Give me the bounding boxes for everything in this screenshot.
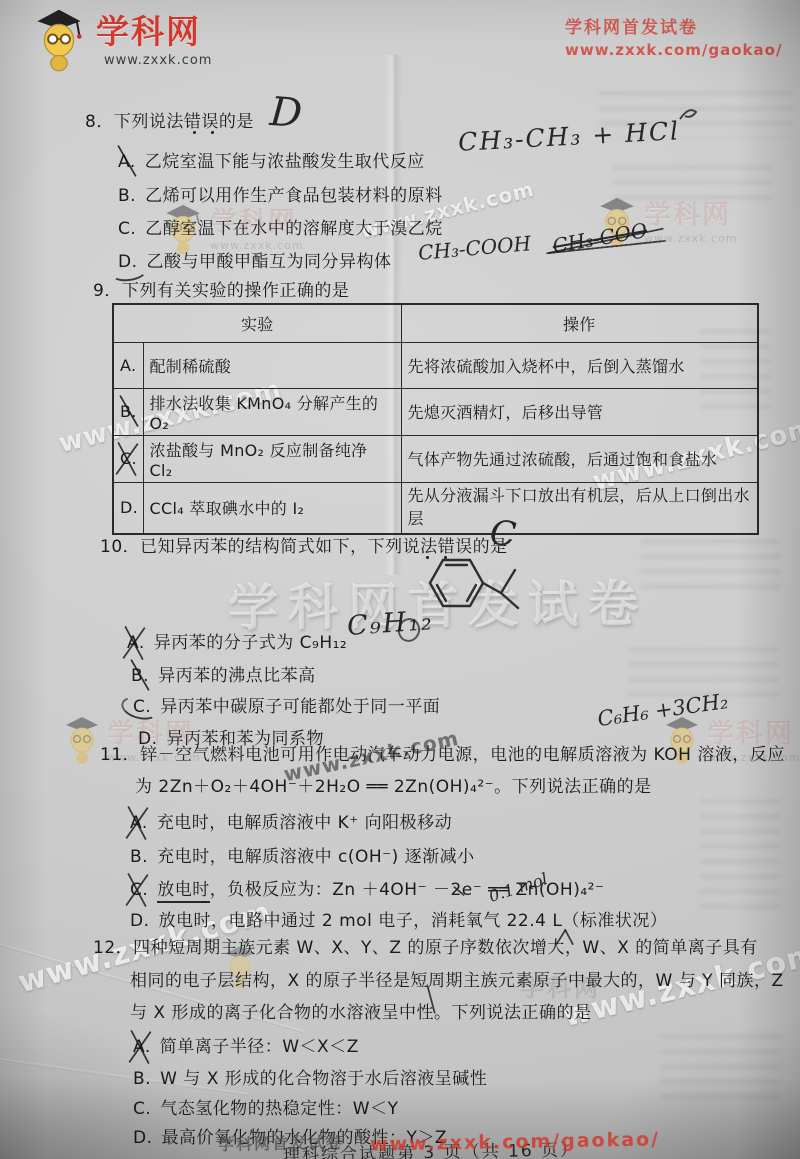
q8-option-c-letter: C.: [118, 219, 136, 239]
q11-option-b-text: 充电时，电解质溶液中 c(OH⁻) 逐渐减小: [157, 847, 475, 867]
emphasis-dot: [211, 131, 214, 134]
q12-stem-line1-text: 四种短周期主族元素 W、X、Y、Z 的原子序数依次增大，W、X 的简单离子具有: [133, 938, 758, 958]
q12-option-b-text: W 与 X 形成的化合物溶于水后溶液呈碱性: [160, 1069, 487, 1089]
q12-option-a: A.简单离子半径：W＜X＜Z: [133, 1032, 359, 1057]
q10-option-a: A.异丙苯的分子式为 C₉H₁₂: [127, 628, 347, 653]
handwritten-curl-mark: [676, 104, 700, 126]
q12-option-d-letter: D.: [133, 1128, 153, 1148]
q10-option-a-text: 异丙苯的分子式为 C₉H₁₂: [154, 633, 348, 653]
q8-option-b: B.乙烯可以用作生产食品包装材料的原料: [118, 181, 443, 206]
q9-row-c-experiment: 浓盐酸与 MnO₂ 反应制备纯净 Cl₂: [143, 435, 401, 482]
q9-number: 9．: [93, 281, 122, 301]
q9-row-a-letter: A.: [120, 356, 136, 375]
q11-stem-line1: 11．锌－空气燃料电池可用作电动汽车动力电源，电池的电解质溶液为 KOH 溶液，…: [100, 740, 785, 765]
watermark-url: www.zxxk.com: [644, 232, 738, 245]
header-banner-title: 学科网首发试卷: [565, 13, 782, 38]
bleedthrough-smudge: [700, 800, 780, 920]
q10-option-b-text: 异丙苯的沸点比苯高: [158, 666, 316, 686]
q11-option-b: B.充电时，电解质溶液中 c(OH⁻) 逐渐减小: [130, 842, 475, 867]
q10-number: 10．: [100, 537, 140, 557]
site-logo: 学科网 www.zxxk.com: [30, 6, 212, 72]
q9-stem: 9．下列有关实验的操作正确的是: [93, 276, 349, 301]
logo-brand-text: 学科网: [96, 6, 212, 53]
q10-option-c-letter: C.: [133, 697, 151, 717]
q9-row-b-letter: B.: [120, 402, 137, 421]
q9-stem-text: 下列有关实验的操作正确的是: [122, 281, 350, 301]
q12-stem-line3: 与 X 形成的离子化合物的水溶液呈中性。下列说法正确的是: [130, 998, 591, 1023]
q10-option-c: C.异丙苯中碳原子可能都处于同一平面: [133, 692, 440, 717]
q11-option-a: A.充电时，电解质溶液中 K⁺ 向阳极移动: [130, 808, 452, 833]
q9-row-b-operation: 先熄灭酒精灯，后移出导管: [401, 388, 758, 435]
q9-row-c: C. 浓盐酸与 MnO₂ 反应制备纯净 Cl₂ 气体产物先通过浓硫酸，后通过饱和…: [113, 435, 758, 482]
q12-stem-line1: 12．四种短周期主族元素 W、X、Y、Z 的原子序数依次增大，W、X 的简单离子…: [93, 933, 758, 958]
q11-option-d-letter: D.: [130, 911, 150, 931]
q8-option-c-text: 乙醇室温下在水中的溶解度大于溴乙烷: [145, 219, 443, 239]
q8-option-d-text: 乙酸与甲酸甲酯互为同分异构体: [147, 252, 392, 272]
bleedthrough-smudge: [640, 540, 780, 590]
watermark-brand: 学科网: [644, 193, 738, 232]
q9-row-a: A. 配制稀硫酸 先将浓硫酸加入烧杯中，后倒入蒸馏水: [113, 342, 758, 388]
q8-handwritten-equation: CH₃-CH₃ + HCl: [457, 116, 680, 157]
q8-option-b-letter: B.: [118, 186, 136, 206]
q11-option-d-text: 放电时，电路中通过 2 mol 电子，消耗氧气 22.4 L（标准状况）: [159, 911, 668, 931]
q8-option-c: C.乙醇室温下在水中的溶解度大于溴乙烷: [118, 214, 443, 239]
q10-option-b: B.异丙苯的沸点比苯高: [131, 661, 316, 686]
q9-header-operation: 操作: [401, 304, 758, 342]
q9-row-a-operation: 先将浓硫酸加入烧杯中，后倒入蒸馏水: [401, 342, 758, 388]
q8-option-b-text: 乙烯可以用作生产食品包装材料的原料: [145, 186, 443, 206]
q9-header-experiment: 实验: [113, 304, 401, 342]
bleedthrough-smudge: [660, 1035, 780, 1105]
q11-option-c-letter: C.: [130, 880, 148, 900]
zxxk-mascot-icon: [62, 712, 102, 766]
q12-option-c: C.气态氢化物的热稳定性：W＜Y: [133, 1094, 398, 1119]
q12-option-c-letter: C.: [133, 1099, 151, 1119]
q10-option-a-letter: A.: [127, 633, 145, 653]
q9-row-d: D. CCl₄ 萃取碘水中的 I₂ 先从分液漏斗下口放出有机层，后从上口倒出水层: [113, 482, 758, 534]
q8-stem-text: 下列说法错误的是: [114, 112, 254, 132]
q9-row-a-experiment: 配制稀硫酸: [143, 342, 401, 388]
q12-number: 12．: [93, 938, 133, 958]
header-banner: 学科网首发试卷 www.zxxk.com/gaokao/: [565, 13, 782, 59]
q11-option-d: D.放电时，电路中通过 2 mol 电子，消耗氧气 22.4 L（标准状况）: [130, 906, 667, 931]
q9-row-b-experiment: 排水法收集 KMnO₄ 分解产生的 O₂: [143, 388, 401, 435]
q12-option-a-letter: A.: [133, 1037, 151, 1057]
q9-row-c-operation: 气体产物先通过浓硫酸，后通过饱和食盐水: [401, 435, 758, 482]
q8-handwritten-answer: D: [268, 89, 303, 137]
q11-number: 11．: [100, 745, 140, 765]
q9-table: 实验 操作 A. 配制稀硫酸 先将浓硫酸加入烧杯中，后倒入蒸馏水 B. 排水法收…: [112, 303, 759, 535]
q12-option-a-text: 简单离子半径：W＜X＜Z: [160, 1037, 359, 1057]
isopropylbenzene-structure: [418, 546, 543, 634]
q8-option-d: D.乙酸与甲酸甲酯互为同分异构体: [118, 247, 392, 272]
q11-stem-line1-text: 锌－空气燃料电池可用作电动汽车动力电源，电池的电解质溶液为 KOH 溶液，反应: [140, 745, 785, 765]
q8-option-d-letter: D.: [118, 252, 138, 272]
q10-option-b-letter: B.: [131, 666, 149, 686]
q12-option-b-letter: B.: [133, 1069, 151, 1089]
q8-option-a: A.乙烷室温下能与浓盐酸发生取代反应: [118, 147, 425, 172]
q9-row-c-letter: C.: [120, 449, 137, 468]
q11-stem-line2: 为 2Zn＋O₂＋4OH⁻＋2H₂O ══ 2Zn(OH)₄²⁻。下列说法正确的…: [135, 772, 652, 797]
q9-row-d-letter: D.: [120, 498, 138, 517]
q11-option-a-letter: A.: [130, 813, 148, 833]
q12-option-c-text: 气态氢化物的热稳定性：W＜Y: [160, 1099, 398, 1119]
q9-row-d-experiment: CCl₄ 萃取碘水中的 I₂: [143, 482, 401, 534]
q11-option-b-letter: B.: [130, 847, 148, 867]
emphasis-dot: [193, 131, 196, 134]
q8-option-a-text: 乙烷室温下能与浓盐酸发生取代反应: [145, 152, 425, 172]
q9-row-d-operation: 先从分液漏斗下口放出有机层，后从上口倒出水层: [401, 482, 758, 534]
q12-stem-line2: 相同的电子层结构，X 的原子半径是短周期主族元素原子中最大的，W 与 Y 同族，…: [130, 966, 784, 991]
header-banner-url: www.zxxk.com/gaokao/: [565, 41, 782, 59]
q12-option-b: B.W 与 X 形成的化合物溶于水后溶液呈碱性: [133, 1064, 487, 1089]
q10-handwritten-formula: C₉H₁₂: [346, 605, 435, 642]
footer-red-url: www.zxxk.com/gaokao/: [370, 1128, 660, 1155]
q8-number: 8．: [85, 112, 114, 132]
q11-option-c-underlined: 放电时: [157, 880, 210, 903]
q8-option-a-letter: A.: [118, 152, 136, 172]
logo-url-text: www.zxxk.com: [104, 53, 212, 68]
q9-row-b: B. 排水法收集 KMnO₄ 分解产生的 O₂ 先熄灭酒精灯，后移出导管: [113, 388, 758, 435]
q10-option-c-text: 异丙苯中碳原子可能都处于同一平面: [160, 697, 440, 717]
zxxk-mascot-icon: [30, 6, 88, 72]
q8-stem: 8．下列说法错误的是: [85, 107, 254, 132]
q11-option-a-text: 充电时，电解质溶液中 K⁺ 向阳极移动: [157, 813, 452, 833]
